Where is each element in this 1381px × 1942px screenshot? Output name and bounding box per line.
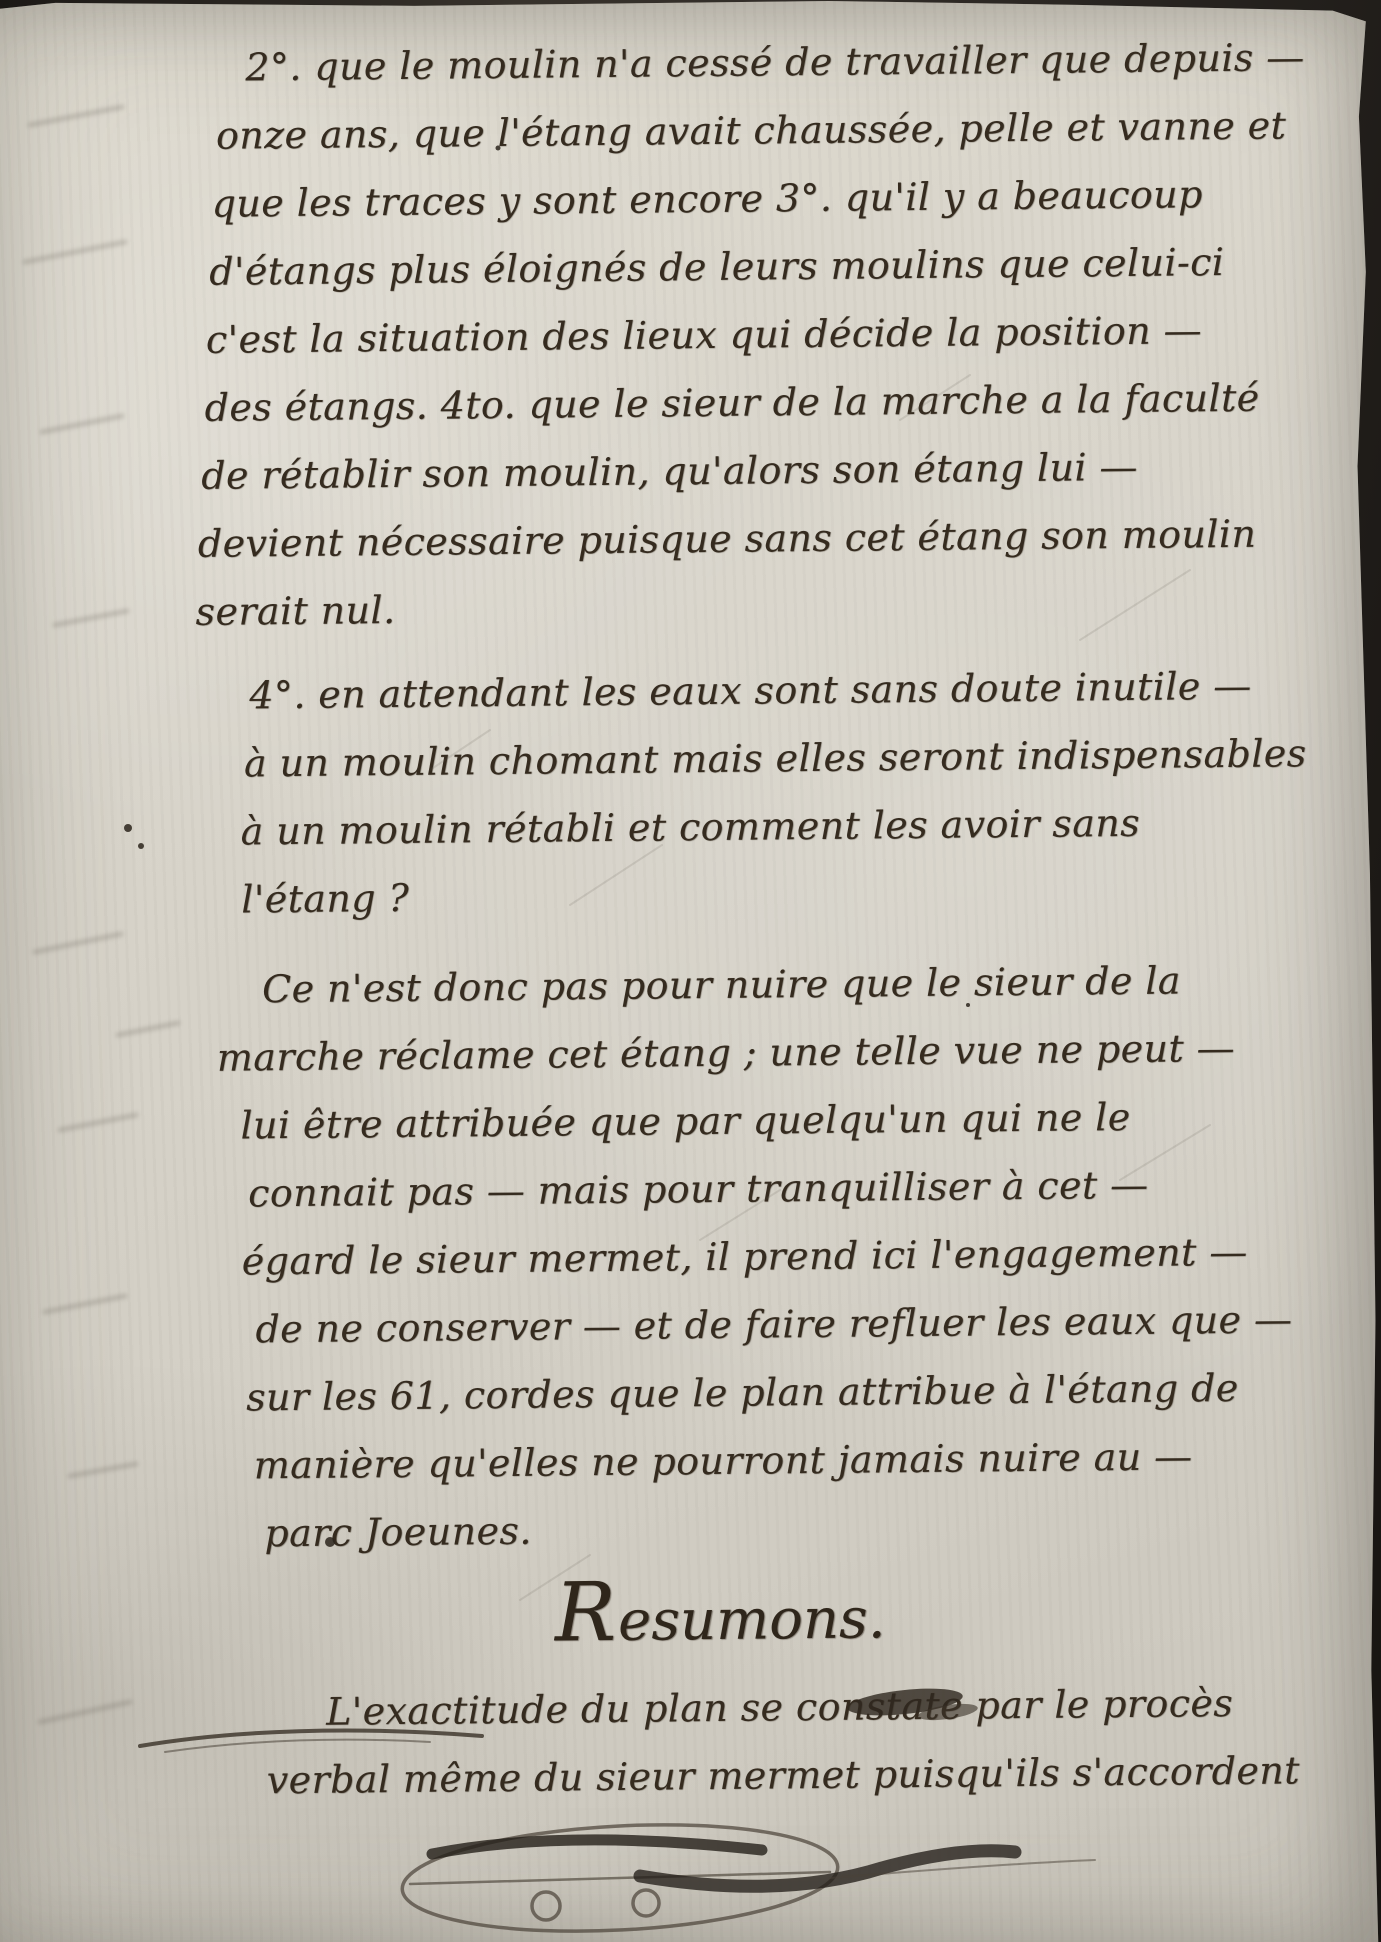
manuscript-line: sur les 61, cordes que le plan attribue … — [246, 1353, 1355, 1432]
photograph-of-manuscript: 2°. que le moulin n'a cessé de travaille… — [0, 0, 1381, 1942]
body-paragraphs: 2°. que le moulin n'a cessé de travaille… — [185, 23, 1356, 1568]
manuscript-line: verbal même du sieur mermet puisqu'ils s… — [266, 1736, 1358, 1814]
manuscript-line: serait nul. — [195, 567, 1347, 646]
manuscript-text: 2°. que le moulin n'a cessé de travaille… — [185, 23, 1358, 1815]
paragraph-points-2-and-3: 2°. que le moulin n'a cessé de travaille… — [185, 23, 1347, 646]
paragraph-closing-exactitude-du-plan: L'exactitude du plan se constate par le … — [201, 1668, 1358, 1815]
manuscript-line: à un moulin chomant mais elles seront in… — [244, 719, 1349, 798]
paragraph-argument-sieur-mermet: Ce n'est donc pas pour nuire que le sieu… — [194, 945, 1356, 1568]
manuscript-line: onze ans, que l'étang avait chaussée, pe… — [216, 91, 1343, 170]
manuscript-line: d'étangs plus éloignés de leurs moulins … — [209, 227, 1344, 306]
manuscript-line: c'est la situation des lieux qui décide … — [206, 295, 1345, 374]
manuscript-line: égard le sieur mermet, il prend ici l'en… — [241, 1217, 1353, 1296]
manuscript-line: 2°. que le moulin n'a cessé de travaille… — [245, 23, 1342, 102]
manuscript-line: lui être attribuée que par quelqu'un qui… — [240, 1081, 1352, 1160]
manuscript-line: l'étang ? — [241, 855, 1350, 934]
manuscript-line: Ce n'est donc pas pour nuire que le sieu… — [262, 945, 1351, 1023]
manuscript-page: 2°. que le moulin n'a cessé de travaille… — [0, 0, 1381, 1942]
manuscript-line: que les traces y sont encore 3°. qu'il y… — [211, 159, 1343, 238]
manuscript-line: marche réclame cet étang ; une telle vue… — [217, 1013, 1352, 1092]
manuscript-line: devient nécessaire puisque sans cet étan… — [198, 499, 1347, 578]
manuscript-line: de rétablir son moulin, qu'alors son éta… — [201, 431, 1346, 510]
manuscript-line: des étangs. 4to. que le sieur de la marc… — [204, 363, 1345, 442]
paragraph-point-4-waters: 4°. en attendant les eaux sont sans dout… — [191, 651, 1350, 934]
manuscript-line: à un moulin rétabli et comment les avoir… — [240, 787, 1349, 866]
section-heading-resumons: Resumons. — [270, 1567, 1171, 1667]
manuscript-line: manière qu'elles ne pourront jamais nuir… — [253, 1421, 1355, 1500]
closing-paragraph: L'exactitude du plan se constate par le … — [201, 1668, 1358, 1815]
manuscript-line: connait pas — mais pour tranquilliser à … — [248, 1149, 1353, 1228]
manuscript-line: 4°. en attendant les eaux sont sans dout… — [249, 651, 1348, 730]
manuscript-line: de ne conserver — et de faire refluer le… — [255, 1285, 1354, 1364]
manuscript-line: L'exactitude du plan se constate par le … — [326, 1668, 1358, 1746]
manuscript-line: parc Joeunes. — [264, 1489, 1356, 1567]
